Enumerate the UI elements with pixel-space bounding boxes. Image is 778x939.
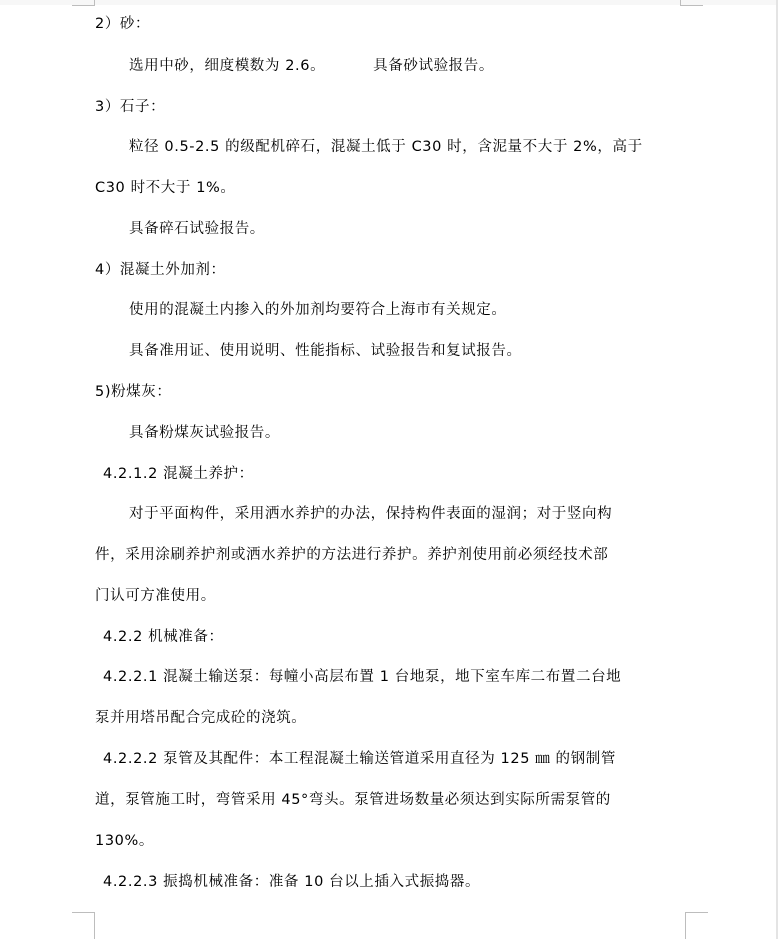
paragraph-stone-spec-line2: C30 时不大于 1%。 <box>95 178 236 198</box>
margin-corner-mark-bottom-left <box>72 912 95 939</box>
paragraph-4-2-2-3: 4.2.2.3 振捣机械准备：准备 10 台以上插入式振捣器。 <box>103 872 480 892</box>
margin-corner-mark-top-left <box>72 0 95 6</box>
paragraph-4-2-2-2-line1: 4.2.2.2 泵管及其配件：本工程混凝土输送管道采用直径为 125 ㎜ 的钢制… <box>103 749 616 769</box>
paragraph-4-2-2-1-line2: 泵并用塔吊配合完成砼的浇筑。 <box>95 708 306 728</box>
paragraph-curing-line2: 件，采用涂刷养护剂或洒水养护的方法进行养护。养护剂使用前必须经技术部 <box>95 545 608 565</box>
sand-report-text: 具备砂试验报告。 <box>373 58 494 74</box>
list-heading-fly-ash: 5)粉煤灰： <box>95 382 171 402</box>
paragraph-4-2-2-2-line3: 130%。 <box>95 831 154 851</box>
paragraph-4-2-2-1-line1: 4.2.2.1 混凝土输送泵：每幢小高层布置 1 台地泵，地下室车库二布置二台地 <box>103 667 621 687</box>
list-heading-stone: 3）石子： <box>95 97 165 117</box>
list-heading-sand: 2）砂： <box>95 14 150 34</box>
margin-corner-mark-top-right <box>680 0 703 6</box>
paragraph-fly-ash-report: 具备粉煤灰试验报告。 <box>129 423 280 443</box>
section-heading-4-2-2: 4.2.2 机械准备： <box>103 627 224 647</box>
section-heading-4-2-1-2: 4.2.1.2 混凝土养护： <box>103 464 254 484</box>
margin-corner-mark-bottom-right <box>685 912 708 939</box>
paragraph-admixture-rule: 使用的混凝土内掺入的外加剂均要符合上海市有关规定。 <box>129 300 507 320</box>
paragraph-4-2-2-2-line2: 道，泵管施工时，弯管采用 45°弯头。泵管进场数量必须达到实际所需泵管的 <box>95 790 611 810</box>
paragraph-curing-line1: 对于平面构件，采用洒水养护的办法，保持构件表面的湿润；对于竖向构 <box>129 504 612 524</box>
paragraph-stone-spec-line1: 粒径 0.5-2.5 的级配机碎石，混凝土低于 C30 时，含泥量不大于 2%，… <box>129 137 643 157</box>
paragraph-stone-report: 具备碎石试验报告。 <box>129 219 265 239</box>
sand-spec-text: 选用中砂，细度模数为 2.6。 <box>129 58 325 74</box>
paragraph-sand-spec: 选用中砂，细度模数为 2.6。具备砂试验报告。 <box>129 56 494 76</box>
paragraph-curing-line3: 门认可方准使用。 <box>95 586 216 606</box>
list-heading-admixture: 4）混凝土外加剂： <box>95 260 226 280</box>
paragraph-admixture-docs: 具备准用证、使用说明、性能指标、试验报告和复试报告。 <box>129 341 522 361</box>
page-top-gap <box>0 0 778 5</box>
